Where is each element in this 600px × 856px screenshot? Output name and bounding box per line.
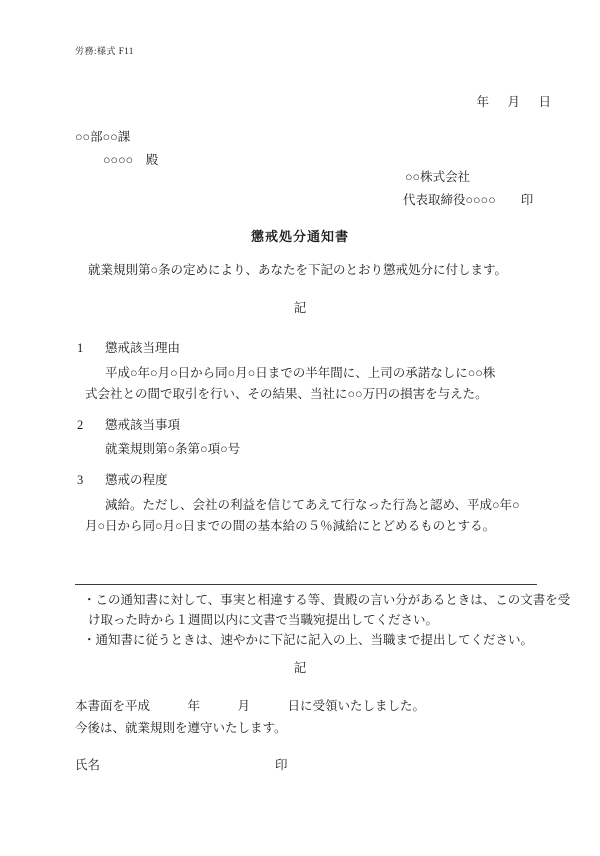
- receipt-statement: 本書面を平成 年 月 日に受領いたしました。: [75, 698, 425, 715]
- horizontal-divider: [75, 584, 537, 585]
- item-3-body: 減給。ただし、会社の利益を信じてあえて行なった行為と認め、平成○年○ 月○日から…: [85, 495, 520, 537]
- document-title: 懲戒処分通知書: [0, 228, 600, 245]
- form-code: 労務:様式 F11: [75, 43, 134, 60]
- ki-marker-top: 記: [0, 300, 600, 317]
- item-1-body-line: 式会社との間で取引を行い、その結果、当社に○○万円の損害を与えた。: [85, 384, 495, 405]
- item-2-body: 就業規則第○条第○項○号: [85, 439, 240, 460]
- note-1-line: け取った時から１週間以内に文書で当職宛提出してください。: [83, 610, 570, 630]
- note-2-line: ・通知書に従うときは、速やかに下記に記入の上、当職まで提出してください。: [83, 630, 533, 650]
- name-label: 氏名: [75, 758, 100, 772]
- note-1: ・この通知書に対して、事実と相違する等、貴殿の言い分があるときは、この文書を受 …: [83, 590, 570, 630]
- item-2-number: 2: [75, 417, 105, 434]
- item-2-heading: 2懲戒該当事項: [75, 417, 180, 434]
- item-1-number: 1: [75, 340, 105, 357]
- intro-paragraph: 就業規則第○条の定めにより、あなたを下記のとおり懲戒処分に付します。: [75, 262, 507, 279]
- item-3-title: 懲戒の程度: [105, 473, 168, 487]
- compliance-statement: 今後は、就業規則を遵守いたします。: [75, 720, 287, 737]
- note-1-line: ・この通知書に対して、事実と相違する等、貴殿の言い分があるときは、この文書を受: [83, 590, 570, 610]
- item-3-body-line: 月○日から同○月○日までの間の基本給の５％減給にとどめるものとする。: [85, 516, 520, 537]
- seal-label: 印: [275, 757, 288, 774]
- signature-row: 氏名 印: [75, 757, 537, 774]
- item-2-body-line: 就業規則第○条第○項○号: [85, 439, 240, 460]
- recipient-department: ○○部○○課: [75, 129, 130, 146]
- ki-marker-bottom: 記: [0, 660, 600, 677]
- note-2: ・通知書に従うときは、速やかに下記に記入の上、当職まで提出してください。: [83, 630, 533, 650]
- sender-representative: 代表取締役○○○○ 印: [403, 192, 533, 209]
- sender-company: ○○株式会社: [405, 169, 470, 186]
- item-3-body-line: 減給。ただし、会社の利益を信じてあえて行なった行為と認め、平成○年○: [85, 495, 520, 516]
- item-1-body: 平成○年○月○日から同○月○日までの半年間に、上司の承諾なしに○○株 式会社との…: [85, 363, 495, 405]
- item-1-title: 懲戒該当理由: [105, 341, 180, 355]
- item-1-heading: 1懲戒該当理由: [75, 340, 180, 357]
- item-3-heading: 3懲戒の程度: [75, 472, 168, 489]
- disciplinary-notice-document: 労務:様式 F11 年 月 日 ○○部○○課 ○○○○ 殿 ○○株式会社 代表取…: [0, 0, 600, 856]
- item-2-title: 懲戒該当事項: [105, 418, 180, 432]
- recipient-addressee: ○○○○ 殿: [103, 152, 158, 169]
- date-line: 年 月 日: [476, 94, 554, 111]
- item-1-body-line: 平成○年○月○日から同○月○日までの半年間に、上司の承諾なしに○○株: [85, 363, 495, 384]
- item-3-number: 3: [75, 472, 105, 489]
